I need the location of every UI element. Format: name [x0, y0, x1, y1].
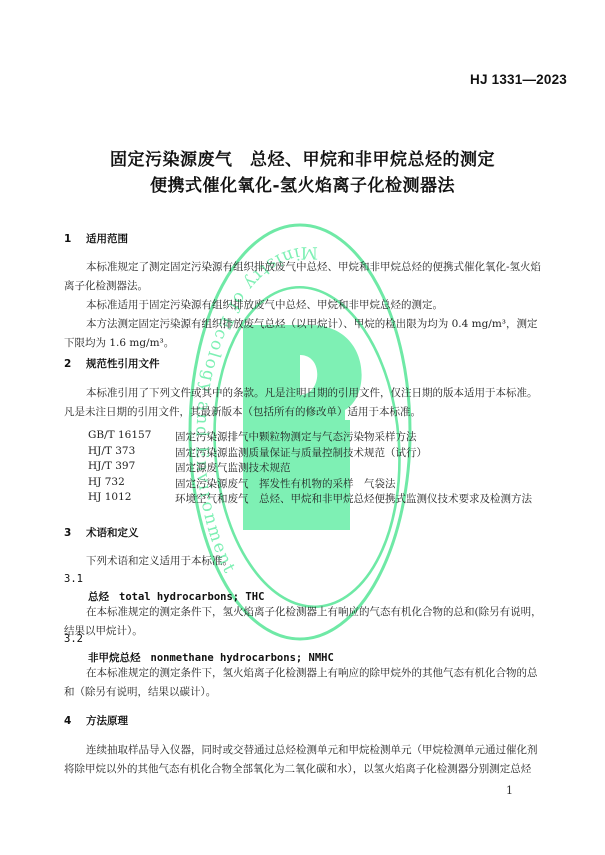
document-page: Ministry of Ecology and Environment HJ 1… — [0, 0, 605, 855]
standard-code: HJ 1331—2023 — [470, 72, 567, 87]
section-heading-principle: 4方法原理 — [64, 713, 128, 728]
paragraph: 下列术语和定义适用于本标准。 — [64, 552, 542, 571]
term-title: 总烃total hydrocarbons; THC — [88, 589, 264, 604]
term-number: 3.2 — [64, 633, 83, 645]
section-heading-normative-references: 2规范性引用文件 — [64, 356, 160, 371]
reference-row: HJ 1012环境空气和废气 总烃、甲烷和非甲烷总烃便携式监测仪技术要求及检测方… — [88, 491, 532, 506]
reference-row: GB/T 16157固定污染源排气中颗粒物测定与气态污染物采样方法 — [88, 429, 417, 444]
paragraph: 本标准规定了测定固定污染源有组织排放废气中总烃、甲烷和非甲烷总烃的便携式催化氧化… — [64, 258, 542, 296]
term-title: 非甲烷总烃nonmethane hydrocarbons; NMHC — [88, 650, 334, 665]
paragraph: 连续抽取样品导入仪器，同时或交替通过总烃检测单元和甲烷检测单元（甲烷检测单元通过… — [64, 741, 542, 779]
reference-row: HJ/T 373固定污染源监测质量保证与质量控制技术规范（试行） — [88, 445, 427, 460]
reference-row: HJ/T 397固定源废气监测技术规范 — [88, 460, 291, 475]
term-number: 3.1 — [64, 573, 83, 585]
term-definition: 在本标准规定的测定条件下，氢火焰离子化检测器上有响应的除甲烷外的其他气态有机化合… — [64, 664, 542, 702]
paragraph: 本标准引用了下列文件或其中的条款。凡是注明日期的引用文件，仅注日期的版本适用于本… — [64, 384, 542, 422]
paragraph: 本标准适用于固定污染源有组织排放废气中总烃、甲烷和非甲烷总烃的测定。 — [64, 296, 542, 315]
section-heading-terms: 3术语和定义 — [64, 525, 139, 540]
section-heading-scope: 1适用范围 — [64, 231, 128, 246]
page-number: 1 — [506, 784, 513, 797]
reference-row: HJ 732固定污染源废气 挥发性有机物的采样 气袋法 — [88, 476, 396, 491]
term-definition: 在本标准规定的测定条件下，氢火焰离子化检测器上有响应的气态有机化合物的总和(除另… — [64, 603, 542, 641]
paragraph: 本方法测定固定污染源有组织排放废气总烃（以甲烷计）、甲烷的检出限为均为 0.4 … — [64, 315, 542, 353]
document-title-line-1: 固定污染源废气 总烃、甲烷和非甲烷总烃的测定 — [0, 145, 605, 170]
document-title-line-2: 便携式催化氧化-氢火焰离子化检测器法 — [0, 171, 605, 196]
